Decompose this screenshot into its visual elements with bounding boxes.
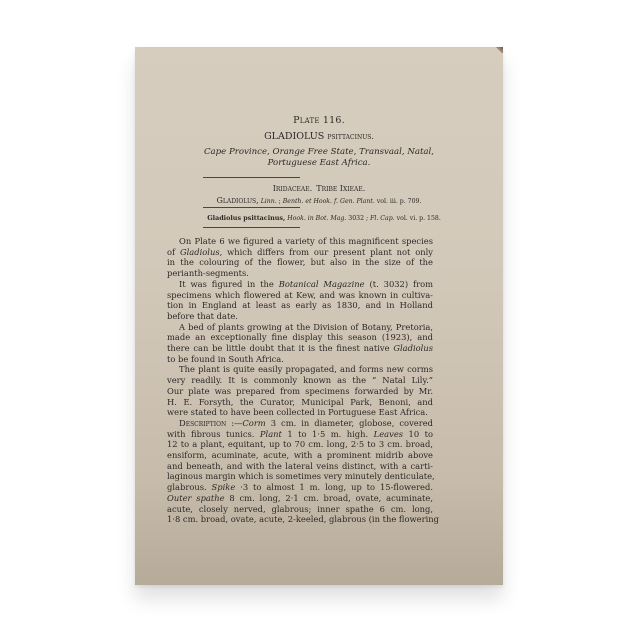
body-line: Our plate was prepared from specimens fo…: [167, 386, 433, 397]
species-epithet: psittacinus.: [327, 132, 374, 141]
body-line: Outer spathe 8 cm. long, 2·1 cm. broad, …: [167, 493, 433, 504]
genus-ref-name: Gladiolus,: [217, 196, 259, 205]
body-line: to be found in South Africa.: [167, 354, 433, 365]
body-line: On Plate 6 we figured a variety of this …: [167, 236, 433, 247]
plate-label: Plate 116.: [293, 115, 345, 126]
divider: [203, 207, 300, 208]
species-ref-number: 3032 ;: [346, 215, 370, 222]
body-line: laginous margin which is sometimes very …: [167, 471, 433, 482]
locality: Cape Province, Orange Free State, Transv…: [135, 147, 503, 169]
classification: Iridaceae. Tribe Ixieae.: [135, 184, 503, 193]
botanical-plate-page: Plate 116. GLADIOLUS psittacinus. Cape P…: [135, 47, 503, 585]
body-line: and beneath, and with the lateral veins …: [167, 461, 433, 472]
genus-ref-author: Linn.: [261, 198, 277, 205]
body-line: It was figured in the Botanical Magazine…: [167, 279, 433, 290]
body-line: A bed of plants growing at the Division …: [167, 322, 433, 333]
divider: [203, 227, 300, 228]
worn-corner: [495, 47, 503, 53]
locality-line: Cape Province, Orange Free State, Transv…: [135, 147, 503, 158]
species-ref-name: Gladiolus psittacinus,: [207, 214, 285, 222]
body-line: in the colouring of the flower, but also…: [167, 257, 433, 268]
species-ref-source: Hook. in Bot. Mag.: [285, 215, 346, 222]
species-reference: Gladiolus psittacinus, Hook. in Bot. Mag…: [145, 214, 503, 222]
family-name: Iridaceae.: [273, 184, 312, 193]
body-line: 12 to a plant, equitant, up to 70 cm. lo…: [167, 439, 433, 450]
genus-reference: Gladiolus, Linn. ; Benth. et Hook. f. Ge…: [135, 196, 503, 205]
body-line: there can be little doubt that it is the…: [167, 343, 433, 354]
species-ref-source-2: Fl. Cap.: [370, 215, 395, 222]
body-line: ensiform, acuminate, acute, with a promi…: [167, 450, 433, 461]
body-line: with fibrous tunics. Plant 1 to 1·5 m. h…: [167, 429, 433, 440]
body-line: made an exceptionally fine display this …: [167, 332, 433, 343]
body-line: H. E. Forsyth, the Curator, Municipal Pa…: [167, 397, 433, 408]
body-line: acute, closely nerved, glabrous; inner s…: [167, 504, 433, 515]
body-line: specimens which flowered at Kew, and was…: [167, 290, 433, 301]
divider: [203, 177, 300, 178]
body-line: were stated to have been collected in Po…: [167, 407, 433, 418]
body-line: tion in England at least as early as 183…: [167, 300, 433, 311]
locality-line: Portuguese East Africa.: [135, 158, 503, 169]
genus-ref-work: Benth. et Hook. f. Gen. Plant.: [283, 198, 375, 205]
body-line: very readily. It is commonly known as th…: [167, 375, 433, 386]
species-ref-volume: vol. vi. p. 158.: [395, 215, 441, 222]
description-text: On Plate 6 we figured a variety of this …: [167, 236, 433, 525]
body-line: perianth-segments.: [167, 268, 433, 279]
body-line: 1·8 cm. broad, ovate, acute, 2-keeled, g…: [167, 514, 433, 525]
genus-name: GLADIOLUS: [264, 131, 324, 142]
body-line: glabrous. Spike ·3 to almost 1 m. long, …: [167, 482, 433, 493]
plate-number: Plate 116.: [135, 115, 503, 126]
body-line: of Gladiolus, which differs from our pre…: [167, 247, 433, 258]
tribe-name: Tribe Ixieae.: [316, 184, 365, 193]
genus-ref-volume: vol. iii. p. 709.: [375, 198, 422, 205]
body-line: Description :—Corm 3 cm. in diameter, gl…: [167, 418, 433, 429]
species-title: GLADIOLUS psittacinus.: [135, 131, 503, 142]
body-line: The plant is quite easily propagated, an…: [167, 364, 433, 375]
body-line: before that date.: [167, 311, 433, 322]
